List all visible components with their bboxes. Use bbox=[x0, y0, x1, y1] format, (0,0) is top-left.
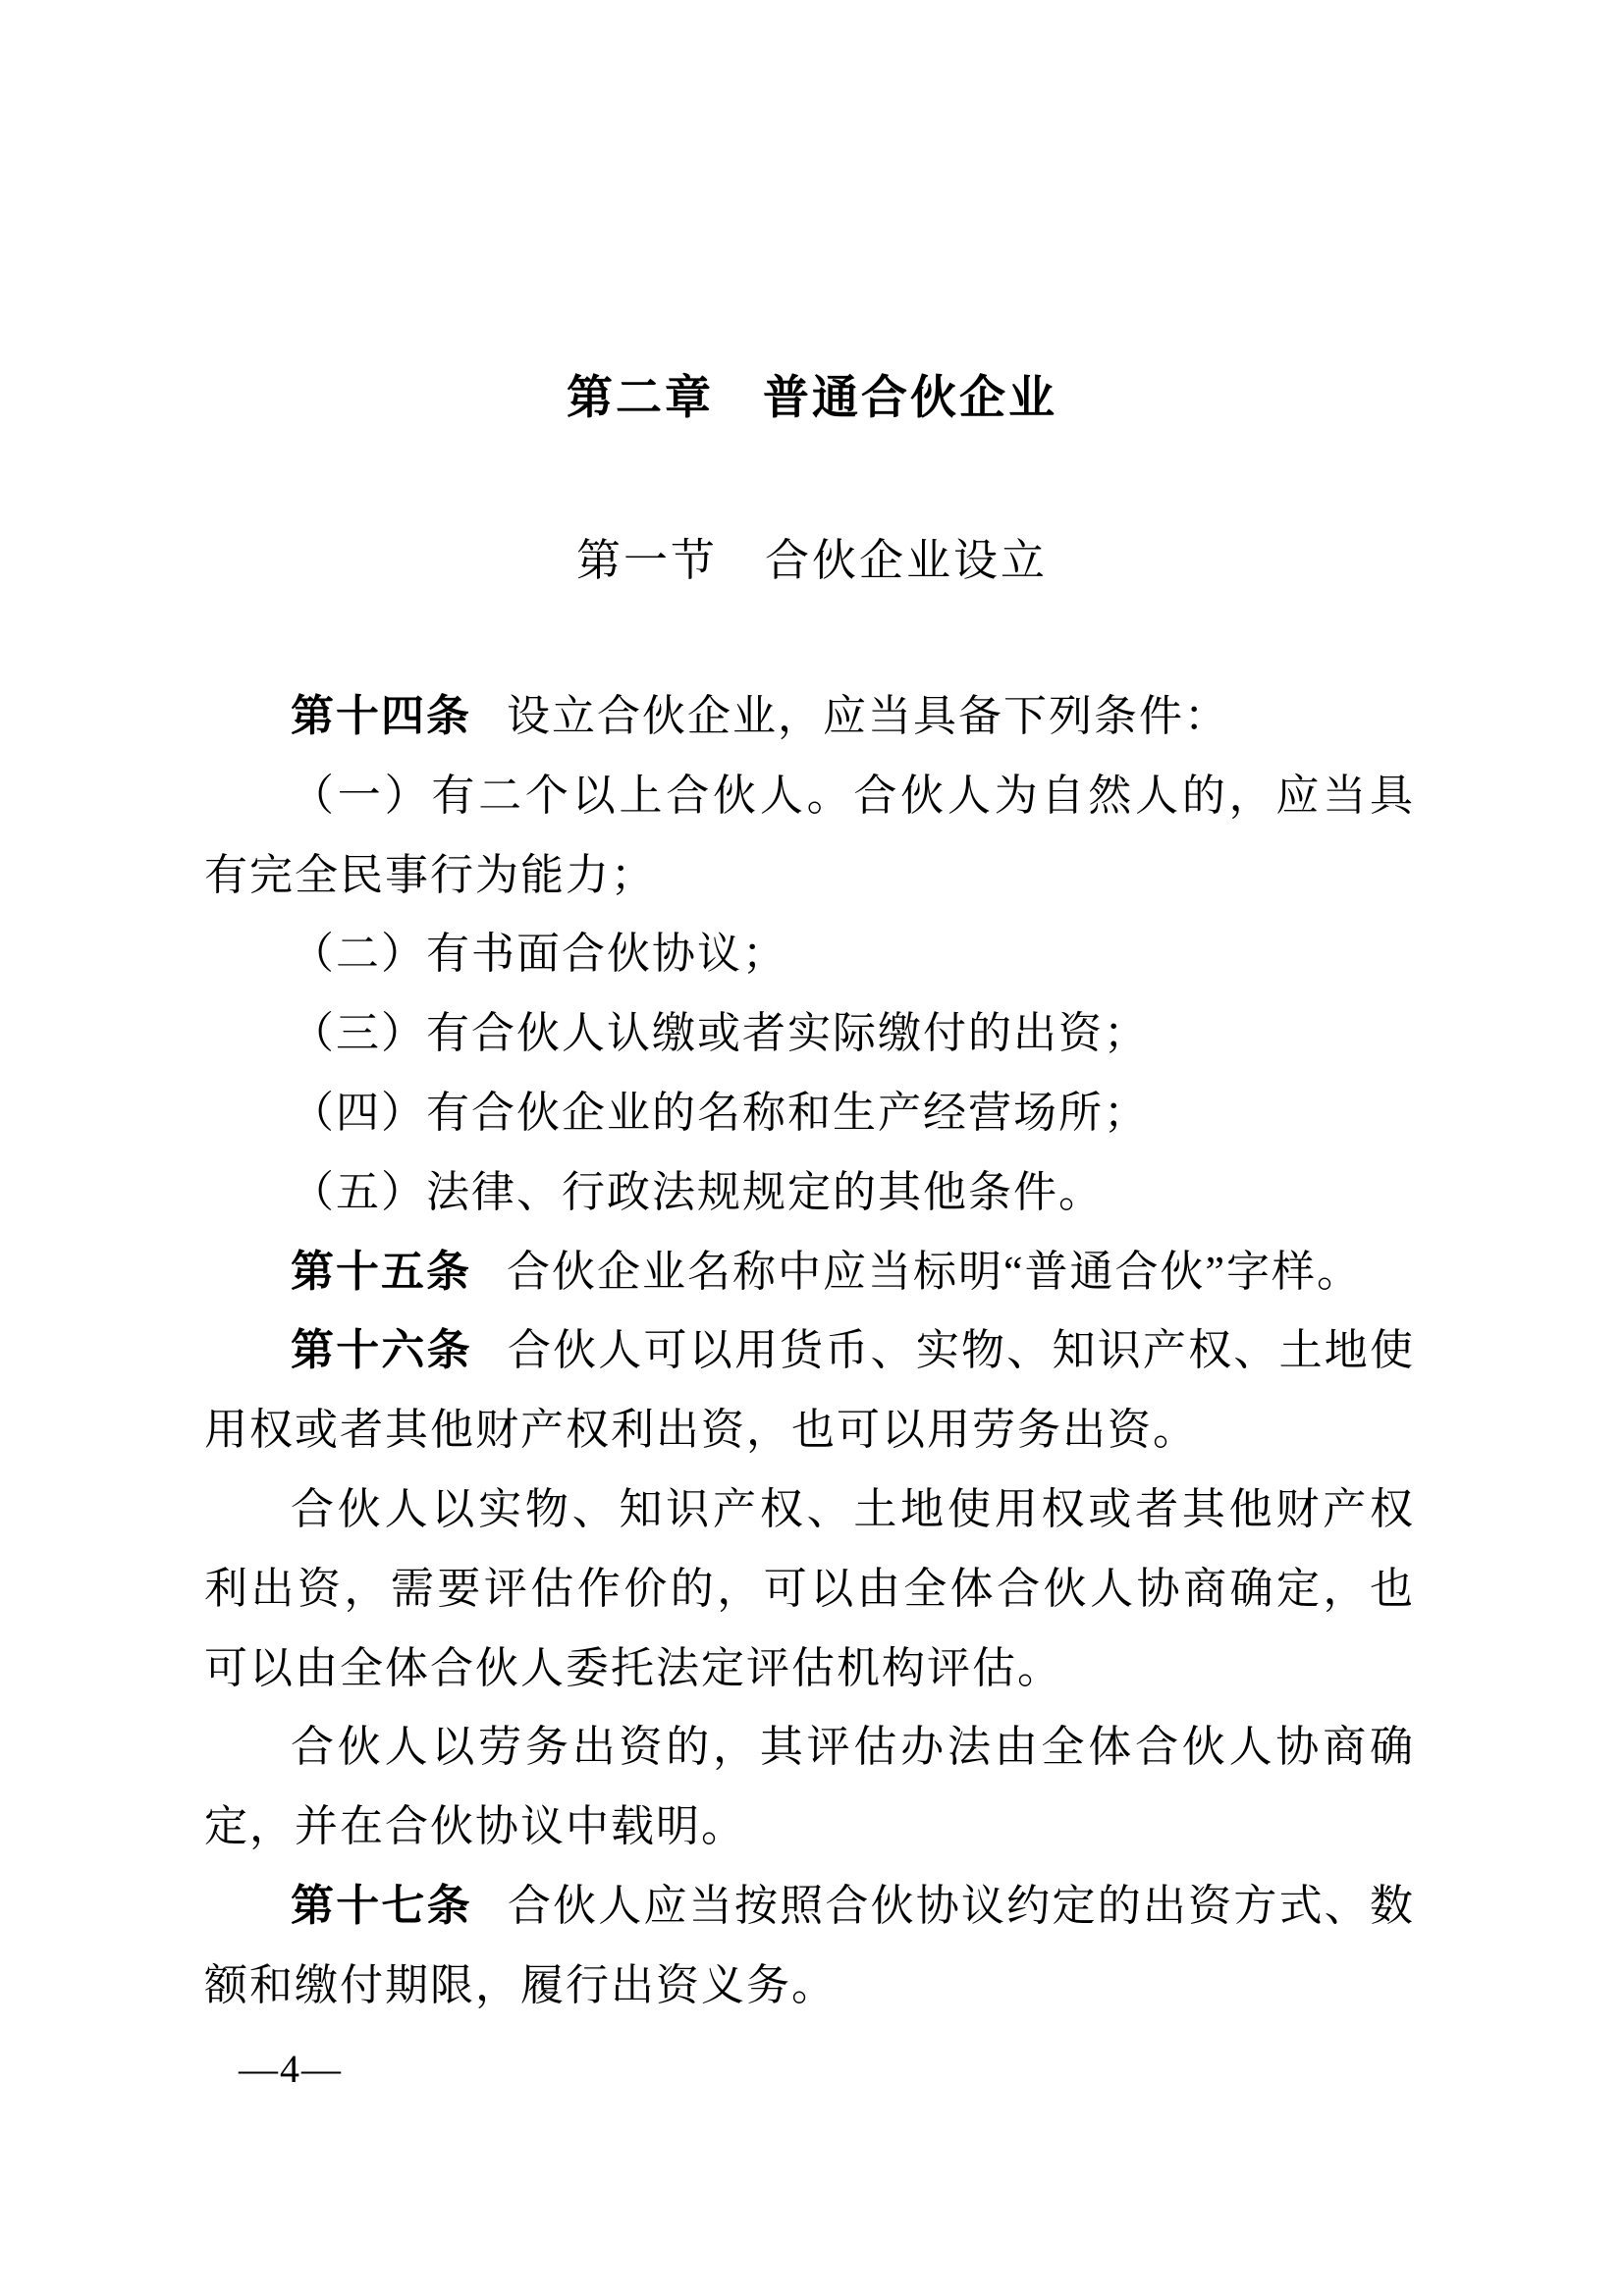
paragraph: （二）有书面合伙协议； bbox=[204, 915, 1415, 994]
paragraph: 第十五条合伙企业名称中应当标明“普通合伙”字样。 bbox=[204, 1233, 1415, 1312]
paragraph: （四）有合伙企业的名称和生产经营场所； bbox=[204, 1074, 1415, 1153]
paragraph: （一）有二个以上合伙人。合伙人为自然人的，应当具有完全民事行为能力； bbox=[204, 757, 1415, 916]
paragraph: （五）法律、行政法规规定的其他条件。 bbox=[204, 1153, 1415, 1233]
paragraph: 第十七条合伙人应当按照合伙协议约定的出资方式、数额和缴付期限，履行出资义务。 bbox=[204, 1867, 1415, 2026]
chapter-title: 第二章 普通合伙企业 bbox=[0, 374, 1624, 420]
paragraph-text: 合伙人以实物、知识产权、土地使用权或者其他财产权利出资，需要评估作价的，可以由全… bbox=[204, 1485, 1415, 1692]
article-number: 第十六条 bbox=[291, 1326, 472, 1374]
document-body: 第十四条设立合伙企业，应当具备下列条件： （一）有二个以上合伙人。合伙人为自然人… bbox=[204, 677, 1415, 2026]
page-number: —4— bbox=[239, 2050, 343, 2089]
paragraph-text: （一）有二个以上合伙人。合伙人为自然人的，应当具有完全民事行为能力； bbox=[204, 772, 1415, 899]
paragraph-text: （三）有合伙人认缴或者实际缴付的出资； bbox=[291, 1009, 1149, 1057]
paragraph-text: 合伙企业名称中应当标明“普通合伙”字样。 bbox=[507, 1248, 1362, 1296]
paragraph-text: 合伙人以劳务出资的，其评估办法由全体合伙人协商确定，并在合伙协议中载明。 bbox=[204, 1723, 1415, 1850]
paragraph: 合伙人以实物、知识产权、土地使用权或者其他财产权利出资，需要评估作价的，可以由全… bbox=[204, 1470, 1415, 1708]
section-title: 第一节 合伙企业设立 bbox=[0, 539, 1624, 583]
paragraph-text: （五）法律、行政法规规定的其他条件。 bbox=[291, 1168, 1104, 1216]
paragraph-text: （四）有合伙企业的名称和生产经营场所； bbox=[291, 1089, 1149, 1137]
document-page: 第二章 普通合伙企业 第一节 合伙企业设立 第十四条设立合伙企业，应当具备下列条… bbox=[0, 0, 1624, 2296]
paragraph: （三）有合伙人认缴或者实际缴付的出资； bbox=[204, 994, 1415, 1074]
paragraph-text: 设立合伙企业，应当具备下列条件： bbox=[507, 692, 1229, 740]
paragraph-text: （二）有书面合伙协议； bbox=[291, 930, 787, 978]
paragraph: 第十六条合伙人可以用货币、实物、知识产权、土地使用权或者其他财产权利出资，也可以… bbox=[204, 1311, 1415, 1470]
article-number: 第十四条 bbox=[291, 692, 471, 740]
article-number: 第十五条 bbox=[291, 1248, 471, 1296]
paragraph: 第十四条设立合伙企业，应当具备下列条件： bbox=[204, 677, 1415, 757]
article-number: 第十七条 bbox=[291, 1882, 472, 1930]
paragraph: 合伙人以劳务出资的，其评估办法由全体合伙人协商确定，并在合伙协议中载明。 bbox=[204, 1708, 1415, 1867]
